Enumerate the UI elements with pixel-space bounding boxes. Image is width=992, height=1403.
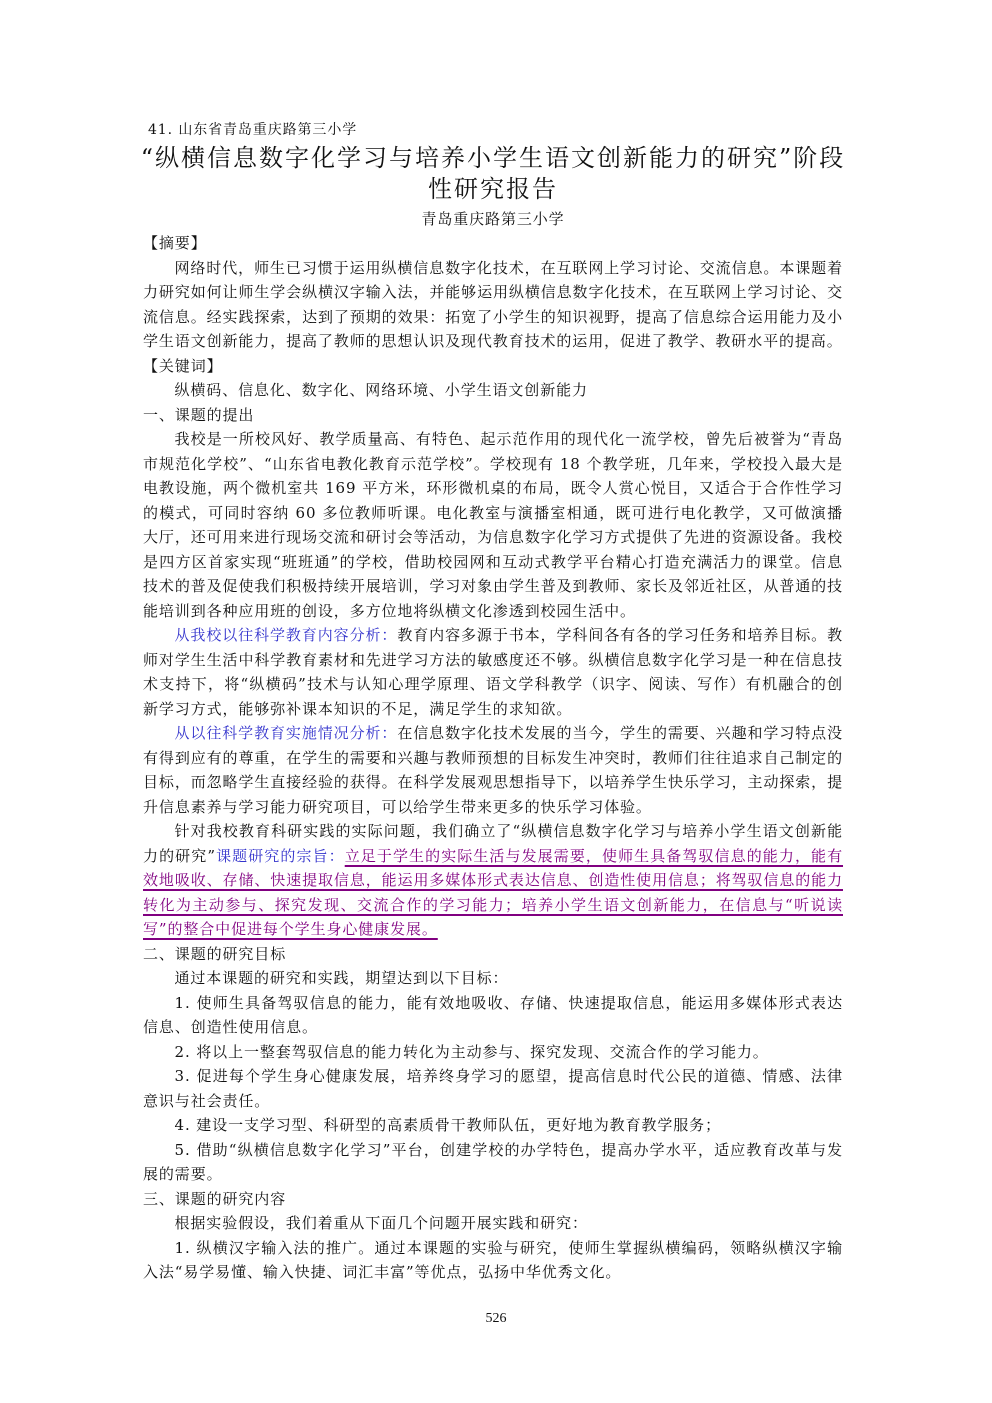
document-author: 青岛重庆路第三小学 xyxy=(143,207,843,232)
section1-paragraph3: 从以往科学教育实施情况分析：在信息数字化技术发展的当今，学生的需要、兴趣和学习特… xyxy=(143,721,843,819)
section1-paragraph1: 我校是一所校风好、教学质量高、有特色、起示范作用的现代化一流学校，曾先后被誉为“… xyxy=(143,427,843,623)
document-page: 41. 山东省青岛重庆路第三小学 “纵横信息数字化学习与培养小学生语文创新能力的… xyxy=(143,118,843,1285)
section3-intro: 根据实验假设，我们着重从下面几个问题开展实践和研究： xyxy=(143,1211,843,1236)
abstract-heading: 【摘要】 xyxy=(143,231,843,256)
keywords-text: 纵横码、信息化、数字化、网络环境、小学生语文创新能力 xyxy=(143,378,843,403)
goal-item: 4. 建设一支学习型、科研型的高素质骨干教师队伍，更好地为教育教学服务； xyxy=(143,1113,843,1138)
abstract-text: 网络时代，师生已习惯于运用纵横信息数字化技术，在互联网上学习讨论、交流信息。本课… xyxy=(143,256,843,354)
section1-paragraph4: 针对我校教育科研实践的实际问题，我们确立了“纵横信息数字化学习与培养小学生语文创… xyxy=(143,819,843,942)
purpose-label: 课题研究的宗旨： xyxy=(216,847,345,865)
section2-intro: 通过本课题的研究和实践，期望达到以下目标： xyxy=(143,966,843,991)
goal-item: 5. 借助“纵横信息数字化学习”平台，创建学校的办学特色，提高办学水平，适应教育… xyxy=(143,1138,843,1187)
keywords-heading: 【关键词】 xyxy=(143,354,843,379)
document-label: 41. 山东省青岛重庆路第三小学 xyxy=(148,118,843,143)
goal-item: 3. 促进每个学生身心健康发展，培养终身学习的愿望，提高信息时代公民的道德、情感… xyxy=(143,1064,843,1113)
section1-heading: 一、课题的提出 xyxy=(143,403,843,428)
goal-item: 2. 将以上一整套驾驭信息的能力转化为主动参与、探究发现、交流合作的学习能力。 xyxy=(143,1040,843,1065)
document-title-line1: “纵横信息数字化学习与培养小学生语文创新能力的研究”阶段 xyxy=(118,143,868,174)
section1-paragraph2: 从我校以往科学教育内容分析：教育内容多源于书本，学科间各有各的学习任务和培养目标… xyxy=(143,623,843,721)
analysis-label-content: 从我校以往科学教育内容分析： xyxy=(175,626,398,644)
section3-heading: 三、课题的研究内容 xyxy=(143,1187,843,1212)
page-number: 526 xyxy=(0,1311,992,1327)
analysis-label-implementation: 从以往科学教育实施情况分析： xyxy=(175,724,398,742)
document-title-line2: 性研究报告 xyxy=(118,174,868,205)
content-item: 1. 纵横汉字输入法的推广。通过本课题的实验与研究，使师生掌握纵横编码，领略纵横… xyxy=(143,1236,843,1285)
goal-item: 1. 使师生具备驾驭信息的能力，能有效地吸收、存储、快速提取信息，能运用多媒体形… xyxy=(143,991,843,1040)
section2-heading: 二、课题的研究目标 xyxy=(143,942,843,967)
